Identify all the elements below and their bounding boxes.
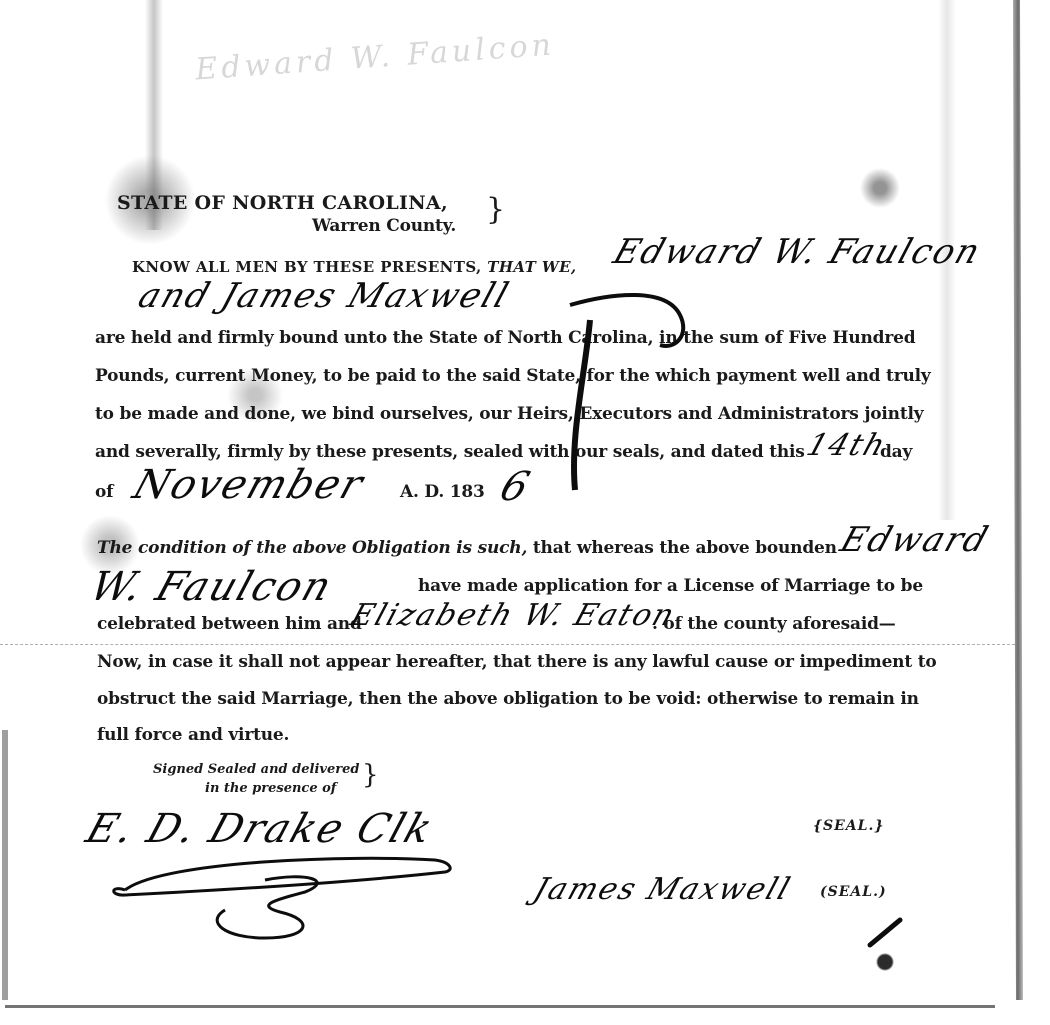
- day-label: day: [880, 442, 912, 462]
- bond-line-4: and severally, firmly by these presents,…: [95, 442, 805, 462]
- groom-name-handwriting: W. Faulcon: [85, 564, 339, 610]
- county-heading: Warren County.: [312, 216, 456, 236]
- condition-line-1: The condition of the above Obligation is…: [97, 538, 837, 558]
- witness-label-2: in the presence of: [205, 781, 336, 796]
- condition-line-4: Now, in case it shall not appear hereaft…: [97, 652, 937, 672]
- bride-name-handwriting: Elizabeth W. Eaton: [346, 598, 680, 633]
- year-digit-handwriting: 6: [495, 464, 537, 510]
- witness-signature: E. D. Drake Clk: [81, 806, 440, 852]
- condition-text: that whereas the above bounden: [533, 538, 837, 558]
- bond-line-3: to be made and done, we bind ourselves, …: [95, 404, 923, 424]
- seal-2: (SEAL.): [820, 884, 887, 900]
- fold-crease: [0, 644, 1015, 645]
- signature-flourish-icon: [105, 850, 465, 945]
- intro-printed: KNOW ALL MEN BY THESE PRESENTS,: [132, 258, 482, 276]
- scanned-document-page: Edward W. Faulcon STATE OF NORTH CAROLIN…: [0, 0, 1050, 1025]
- of-label: of: [95, 482, 113, 502]
- obligor-2-handwriting: and James Maxwell: [134, 276, 515, 316]
- ink-stroke-icon: [865, 915, 905, 950]
- intro-italic: THAT WE,: [487, 258, 576, 276]
- condition-line-3-start: celebrated between him and: [97, 614, 362, 634]
- bond-line-2: Pounds, current Money, to be paid to the…: [95, 366, 931, 386]
- condition-line-2: have made application for a License of M…: [418, 576, 923, 596]
- header-brace: }: [486, 195, 505, 225]
- signer-2-signature: James Maxwell: [529, 872, 796, 907]
- state-heading: STATE OF NORTH CAROLINA,: [117, 192, 448, 214]
- condition-line-6: full force and virtue.: [97, 725, 289, 745]
- intro-text: KNOW ALL MEN BY THESE PRESENTS, THAT WE,: [132, 258, 577, 276]
- ink-pen-stroke-icon: [565, 275, 695, 505]
- paper-edge-left: [2, 730, 8, 1000]
- faint-background-inscription: Edward W. Faulcon: [194, 27, 556, 87]
- day-handwriting: 14th: [802, 428, 891, 463]
- paper-edge-right: [1013, 0, 1023, 1000]
- month-handwriting: November: [128, 462, 371, 508]
- obligor-1-handwriting: Edward W. Faulcon: [609, 232, 987, 272]
- bond-line-1: are held and firmly bound unto the State…: [95, 328, 915, 348]
- condition-italic-intro: The condition of the above Obligation is…: [97, 538, 527, 558]
- seal-1: {SEAL.}: [813, 818, 884, 834]
- witness-brace: }: [362, 762, 379, 788]
- year-printed: A. D. 183: [400, 482, 485, 502]
- paper-edge-bottom: [5, 1005, 995, 1008]
- condition-line-3-end: . of the county aforesaid—: [652, 614, 896, 634]
- condition-line-5: obstruct the said Marriage, then the abo…: [97, 689, 919, 709]
- groom-first-name-handwriting: Edward: [836, 520, 995, 560]
- witness-label-1: Signed Sealed and delivered: [153, 762, 359, 777]
